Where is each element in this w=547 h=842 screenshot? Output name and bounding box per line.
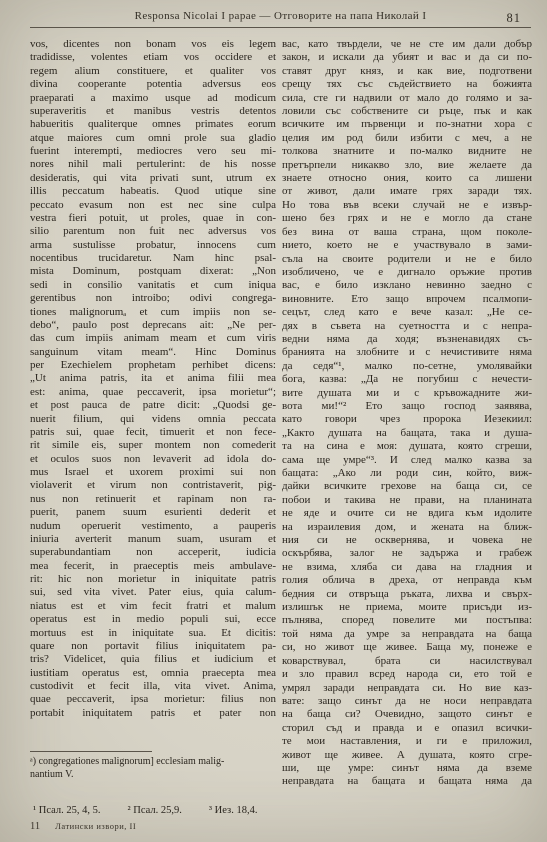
- text-line: като говори чрез пророка Иезекиил:: [282, 413, 532, 426]
- text-line: излишък не приема, моите присъди из-: [282, 601, 532, 614]
- text-line: сама ще умре“³. И след малко казва за: [282, 454, 532, 467]
- text-line: всичките им първенци и по-знатни хора с: [282, 118, 532, 131]
- text-line: и зло правил всред народа си, ето той е: [282, 668, 532, 681]
- text-line: ² Псал. 25,9.: [128, 805, 182, 816]
- text-line: вас, е било изклано невинно заедно с: [282, 279, 532, 292]
- latin-column: vos, dicentes non bonam vos eis legemtra…: [30, 38, 276, 720]
- text-line: те мои наставления, и ги е приложил,: [282, 735, 532, 748]
- text-line: per Ezechielem prophetam perhibet dicens…: [30, 359, 276, 372]
- text-line: виновните. Ето защо впрочем псалмопи-: [282, 293, 532, 306]
- text-line: ловили със собствените си ръце, пък и ка…: [282, 105, 532, 118]
- text-line: superaveritis et manibus vestris detento…: [30, 105, 276, 118]
- text-line: ³ Иез. 18,4.: [209, 805, 258, 816]
- apparatus-rule: [30, 751, 152, 752]
- text-line: ¹ Псал. 25, 4, 5.: [33, 805, 101, 816]
- text-line: mea fecerit, in praeceptis meis ambulave…: [30, 560, 276, 573]
- text-line: quae peccaverit, ipsa morietur: filius n…: [30, 693, 276, 706]
- book-page: Responsa Nicolai I papae — Отговорите на…: [0, 0, 547, 842]
- text-line: praeparati a maximo usque ad modicum: [30, 92, 276, 105]
- text-line: не взима, хляба си дава на гладния и: [282, 561, 532, 574]
- text-line: си, но живот ще живее. Баща му, понеже е: [282, 641, 532, 654]
- text-line: nus non retinuerit et rapinam non ra-: [30, 493, 276, 506]
- text-line: puerit, panem suum esurienti dederit et: [30, 506, 276, 519]
- text-line: сецът, след като е вече казал: „Не се-: [282, 306, 532, 319]
- text-line: толкова знатните и по-малко видните не: [282, 145, 532, 158]
- text-line: голия облича в дреха, от неправда към: [282, 574, 532, 587]
- text-line: вас, като твърдели, че не сте им дали до…: [282, 38, 532, 51]
- text-line: sedi in consilio vanitatis et cum iniqua: [30, 279, 276, 292]
- text-line: бранията на злобните и с нечистивите ням…: [282, 346, 532, 359]
- text-line: ᵃ) congregationes malignorum] ecclesiam …: [30, 756, 276, 769]
- text-line: ния си не осквернява, и човека не: [282, 534, 532, 547]
- apparatus-footnote: ᵃ) congregationes malignorum] ecclesiam …: [30, 756, 276, 781]
- text-line: arma sustulisse probatur, innocens cum: [30, 239, 276, 252]
- text-line: на израилевия дом, и жената на ближ-: [282, 521, 532, 534]
- text-line: regem alium constituere, et qualiter vos: [30, 65, 276, 78]
- text-line: целия им род били избити с меч, а не: [282, 132, 532, 145]
- text-line: „Ut anima patris, ita et anima filii mea: [30, 372, 276, 385]
- text-line: patris sui, quae fecit, timuerit et non …: [30, 426, 276, 439]
- text-line: tiones malignorumₐ et cum impiis non se-: [30, 306, 276, 319]
- text-line: nudum operuerit vestimento, a pauperis: [30, 520, 276, 533]
- bulgarian-column: вас, като твърдели, че не сте им дали до…: [282, 38, 532, 789]
- text-line: rit: hic non morietur in iniquitate patr…: [30, 573, 276, 586]
- text-line: violaverit et virum non contristaverit, …: [30, 479, 276, 492]
- text-line: ставят друг княз, и как вие, подготвени: [282, 65, 532, 78]
- references-footnote: ¹ Псал. 25, 4, 5.² Псал. 25,9.³ Иез. 18,…: [33, 805, 513, 816]
- text-line: tradidisse, volentes etiam vos occidere …: [30, 51, 276, 64]
- text-line: на баща си? Очевидно, защото синът е: [282, 708, 532, 721]
- text-line: debo“, paulo post deprecans ait: „Ne per…: [30, 319, 276, 332]
- text-line: iniuria averterit manum suam, usuram et: [30, 533, 276, 546]
- text-line: знаете относно ония, които са лишени: [282, 172, 532, 185]
- text-line: вота ми!“² Ето защо господ заявява,: [282, 400, 532, 413]
- text-line: vos, dicentes non bonam vos eis legem: [30, 38, 276, 51]
- header-rule: [30, 27, 531, 28]
- text-line: superabundantiam non acceperit, iudicia: [30, 546, 276, 559]
- text-line: живот ще живее. А душата, която сгре-: [282, 749, 532, 762]
- text-line: ши, ще умре: синът няма да вземе: [282, 762, 532, 775]
- signature-number: 11: [30, 821, 40, 832]
- text-line: quare non portavit filius iniquitatem pa…: [30, 640, 276, 653]
- text-line: mus Israel et uxorem proximi sui non: [30, 466, 276, 479]
- text-line: та на сина е моя: душата, която сгреши,: [282, 440, 532, 453]
- text-line: niatus est et vim fecit fratri et malum: [30, 600, 276, 613]
- text-line: iustitiam operatus est, omnia praecepta …: [30, 667, 276, 680]
- text-line: пълнява, според повелите ми постъпва:: [282, 614, 532, 627]
- text-line: претърпели никакво зло, вие желаете да: [282, 159, 532, 172]
- text-line: сторил съд и правда и е опазил всички-: [282, 722, 532, 735]
- text-line: nuerit filium, qui videns omnia peccata: [30, 413, 276, 426]
- text-line: вате: защо синът да не носи неправдата: [282, 695, 532, 708]
- text-line: das cum impiis animam meam et cum viris: [30, 332, 276, 345]
- text-line: вите душата ми и с кръвожадните жи-: [282, 387, 532, 400]
- signature-text: Латински извори, II: [55, 821, 136, 831]
- text-line: оскърбява, залог не задържа и грабеж: [282, 547, 532, 560]
- text-line: да седя“¹, малко по-сетне, умолявайки: [282, 360, 532, 373]
- text-line: habueritis qualiterque omnes primates eo…: [30, 118, 276, 131]
- text-line: et oculos suos non levaverit ad idola do…: [30, 453, 276, 466]
- text-line: et post pauca de patre dicit: „Quodsi ge…: [30, 399, 276, 412]
- text-line: est: anima, quae peccaverit, ipsa moriet…: [30, 386, 276, 399]
- text-line: fuerint interempti, mediocres vero seu m…: [30, 145, 276, 158]
- signature-line: 11Латински извори, II: [30, 821, 136, 832]
- text-line: nocentibus trucidaretur. Nam hinc psal-: [30, 252, 276, 265]
- text-line: mortuus est in iniquitate sua. Et diciti…: [30, 627, 276, 640]
- text-line: sui, sed vita vivet. Pater eius, quia ca…: [30, 586, 276, 599]
- text-line: изобличено, че е дигнало оръжие против: [282, 266, 532, 279]
- text-line: бащата: „Ако ли роди син, който, виж-: [282, 467, 532, 480]
- text-line: дайки всичките грехове на баща си, се: [282, 480, 532, 493]
- text-line: от живот, дали имате грях заради тях.: [282, 185, 532, 198]
- text-line: шено без грях и не е могло да стане: [282, 212, 532, 225]
- text-line: не яде и очите си не вдига към идолите: [282, 507, 532, 520]
- text-line: rit simile eis, super montem non comeder…: [30, 439, 276, 452]
- text-line: portabit iniquitatem patris et pater non: [30, 707, 276, 720]
- text-line: побои и такива не прави, на планината: [282, 494, 532, 507]
- text-line: vestra fieri potuit, ut proles, quae in …: [30, 212, 276, 225]
- text-line: коварствувал, брата си насилствувал: [282, 655, 532, 668]
- text-line: Но това във всеки случай не е извър-: [282, 199, 532, 212]
- text-line: неправдата на бащата и бащата няма да: [282, 775, 532, 788]
- text-line: custodivit et fecit illa, vita vivet. An…: [30, 680, 276, 693]
- text-line: sanguinum vitam meam“. Hinc Dominus: [30, 346, 276, 359]
- text-line: ведни няма да ходя; възненавидях съ-: [282, 333, 532, 346]
- text-line: той няма да умре за неправдата на баща: [282, 628, 532, 641]
- text-line: бога, казва: „Да не погубиш с нечести-: [282, 373, 532, 386]
- text-line: съла на своите родители и не е било: [282, 253, 532, 266]
- text-line: mista Dominum, postquam dixerat: „Non: [30, 265, 276, 278]
- text-line: nantium V.: [30, 769, 276, 782]
- text-line: срещу тях със съдействието на божията: [282, 78, 532, 91]
- text-line: закон, и искали да убият и вас и да си п…: [282, 51, 532, 64]
- running-header: Responsa Nicolai I papae — Отговорите на…: [30, 10, 531, 25]
- text-line: atque maiores cum omni prole sua gladio: [30, 132, 276, 145]
- text-line: peccato evasum non est nec sine culpa: [30, 199, 276, 212]
- text-line: silio parentum non fuit nec adversus vos: [30, 225, 276, 238]
- text-line: gerentibus non introibo; odivi congrega-: [30, 292, 276, 305]
- text-line: без вина от ваша страна, щом поколе-: [282, 226, 532, 239]
- text-line: operatus est in medio populi sui, ecce: [30, 613, 276, 626]
- page-number: 81: [507, 11, 522, 26]
- running-header-title: Responsa Nicolai I papae — Отговорите на…: [135, 10, 427, 22]
- text-line: illis peccatum habeatis. Quod utique sin…: [30, 185, 276, 198]
- text-line: nores nihil mali pertulerint: de his nos…: [30, 158, 276, 171]
- text-line: бедния си отвръща ръката, лихва и свърх-: [282, 588, 532, 601]
- text-line: tris? Videlicet, quia filius et iudicium…: [30, 653, 276, 666]
- text-line: „Както душата на бащата, така и душа-: [282, 427, 532, 440]
- text-line: умрял заради неправдата си. Но вие каз-: [282, 682, 532, 695]
- text-line: дях в съвета на суетността и с непра-: [282, 320, 532, 333]
- text-line: нието, което не е участвувало в зами-: [282, 239, 532, 252]
- text-line: divina cooperante potentia adversus eos: [30, 78, 276, 91]
- text-line: сила, сте ги надвили от мало до голямо и…: [282, 92, 532, 105]
- text-line: desideratis, qui vita privati sunt, utru…: [30, 172, 276, 185]
